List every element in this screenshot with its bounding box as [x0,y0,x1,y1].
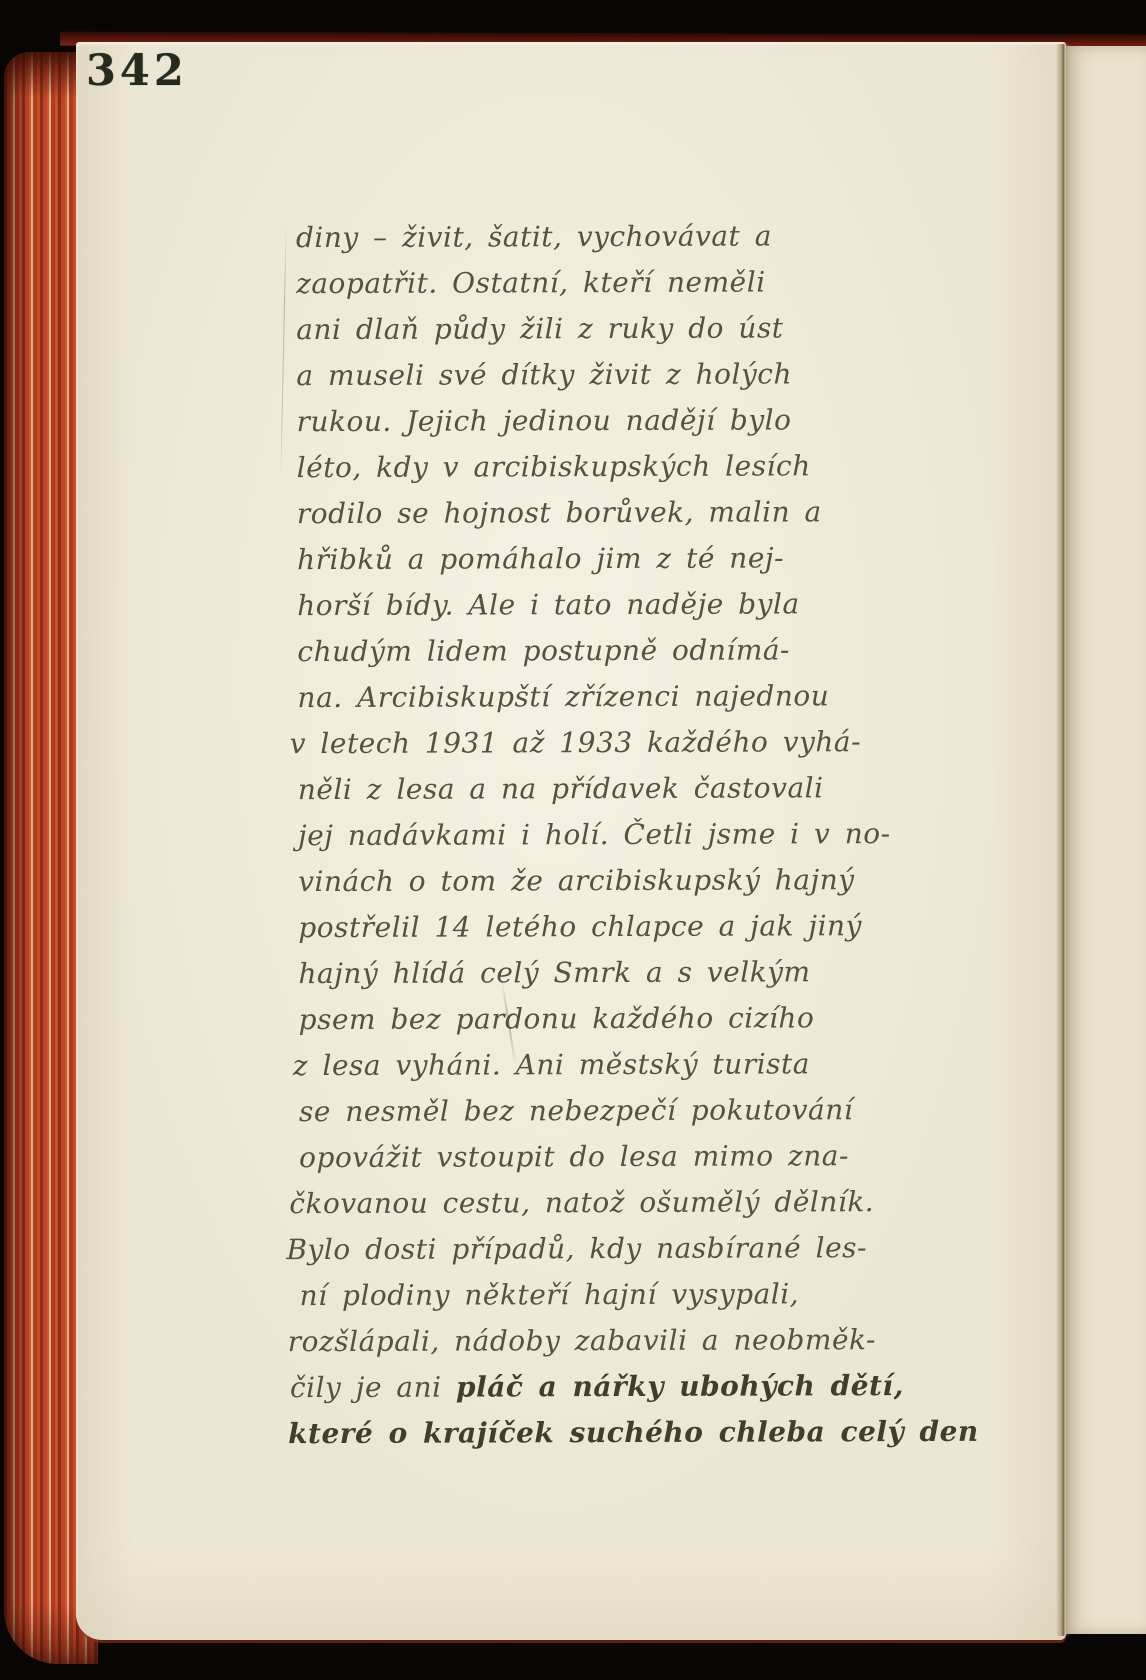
manuscript-line-text: ní plodiny někteří hajní vysypali, [300,1277,800,1312]
manuscript-line: rukou. Jejich jedinou nadějí bylo [296,397,936,445]
page-number: 342 [86,46,188,96]
manuscript-line: něli z lesa a na přídavek častovali [298,765,938,813]
manuscript-line: čily je ani pláč a nářky ubohých dětí, [290,1363,940,1411]
manuscript-line-text: hajný hlídá celý Smrk a s velkým [298,955,810,990]
manuscript-line-text: a museli své dítky živit z holých [296,357,792,392]
manuscript-line: psem bez pardonu každého cizího [299,995,939,1043]
manuscript-line-text: z lesa vyháni. Ani městský turista [293,1047,810,1082]
manuscript-text: diny – živit, šatit, vychovávat azaopatř… [296,213,940,1457]
manuscript-line-text: rukou. Jejich jedinou nadějí bylo [296,403,791,438]
manuscript-line-text: chudým lidem postupně odnímá- [297,633,790,668]
manuscript-line: z lesa vyháni. Ani městský turista [293,1041,939,1089]
manuscript-line: léto, kdy v arcibiskupských lesích [297,443,937,491]
manuscript-line: vinách o tom že arcibiskupský hajný [298,857,938,905]
manuscript-line: chudým lidem postupně odnímá- [297,627,937,675]
manuscript-line-text: jej nadávkami i holí. Četli jsme i v no- [298,817,891,852]
manuscript-line: diny – živit, šatit, vychovávat a [296,213,936,261]
manuscript-line: opovážit vstoupit do lesa mimo zna- [299,1133,939,1181]
manuscript-line-text: zaopatřit. Ostatní, kteří neměli [296,265,766,300]
manuscript-line: které o krajíček suchého chleba celý den [288,1409,940,1457]
manuscript-line-text: na. Arcibiskupští zřízenci najednou [297,679,829,714]
manuscript-line-text: Bylo dosti případů, kdy nasbírané les- [286,1231,867,1266]
manuscript-line: na. Arcibiskupští zřízenci najednou [297,673,937,721]
manuscript-line-text: ani dlaň půdy žili z ruky do úst [296,311,783,346]
manuscript-line: Bylo dosti případů, kdy nasbírané les- [286,1225,939,1273]
manuscript-line-bold-text: pláč a nářky ubohých dětí, [456,1369,904,1404]
manuscript-line: se nesměl bez nebezpečí pokutování [299,1087,939,1135]
manuscript-line: rozšlápali, nádoby zabavili a neobměk- [288,1317,940,1365]
manuscript-line: hřibků a pomáhalo jim z té nej- [297,535,937,583]
manuscript-line: čkovanou cestu, natož ošumělý dělník. [289,1179,939,1227]
manuscript-line: v letech 1931 až 1933 každého vyhá- [290,719,938,767]
manuscript-line: rodilo se hojnost borůvek, malin a [297,489,937,537]
manuscript-line: zaopatřit. Ostatní, kteří neměli [296,259,936,307]
manuscript-line-text: postřelil 14 letého chlapce a jak jiný [298,909,862,944]
manuscript-line: ani dlaň půdy žili z ruky do úst [296,305,936,353]
facing-page-edge [1064,46,1146,1634]
manuscript-line: hajný hlídá celý Smrk a s velkým [298,949,938,997]
manuscript-line: a museli své dítky živit z holých [296,351,936,399]
manuscript-line-text: rodilo se hojnost borůvek, malin a [297,495,822,530]
manuscript-line-text: rozšlápali, nádoby zabavili a neobměk- [288,1323,876,1358]
manuscript-line-text: něli z lesa a na přídavek častovali [298,771,824,806]
book-gutter [1056,44,1070,1636]
manuscript-line-text: čkovanou cestu, natož ošumělý dělník. [289,1185,874,1220]
manuscript-line-text: vinách o tom že arcibiskupský hajný [298,863,854,898]
manuscript-line-text: léto, kdy v arcibiskupských lesích [297,449,811,484]
manuscript-line-text: opovážit vstoupit do lesa mimo zna- [299,1139,849,1174]
manuscript-line: ní plodiny někteří hajní vysypali, [300,1271,940,1319]
book-scan-scene: 342 diny – živit, šatit, vychovávat azao… [0,0,1146,1680]
manuscript-line-text: diny – živit, šatit, vychovávat a [296,219,772,254]
manuscript-line-text: psem bez pardonu každého cizího [299,1001,815,1036]
manuscript-line: postřelil 14 letého chlapce a jak jiný [298,903,938,951]
manuscript-line-bold-text: které o krajíček suchého chleba celý den [288,1415,979,1450]
manuscript-line-text: čily je ani [290,1371,456,1405]
manuscript-line-text: horší bídy. Ale i tato naděje byla [297,587,800,622]
manuscript-line-text: v letech 1931 až 1933 každého vyhá- [290,725,861,760]
manuscript-line: jej nadávkami i holí. Četli jsme i v no- [298,811,938,859]
manuscript-line-text: hřibků a pomáhalo jim z té nej- [297,541,784,576]
manuscript-line: horší bídy. Ale i tato naděje byla [297,581,937,629]
manuscript-line-text: se nesměl bez nebezpečí pokutování [299,1093,853,1128]
